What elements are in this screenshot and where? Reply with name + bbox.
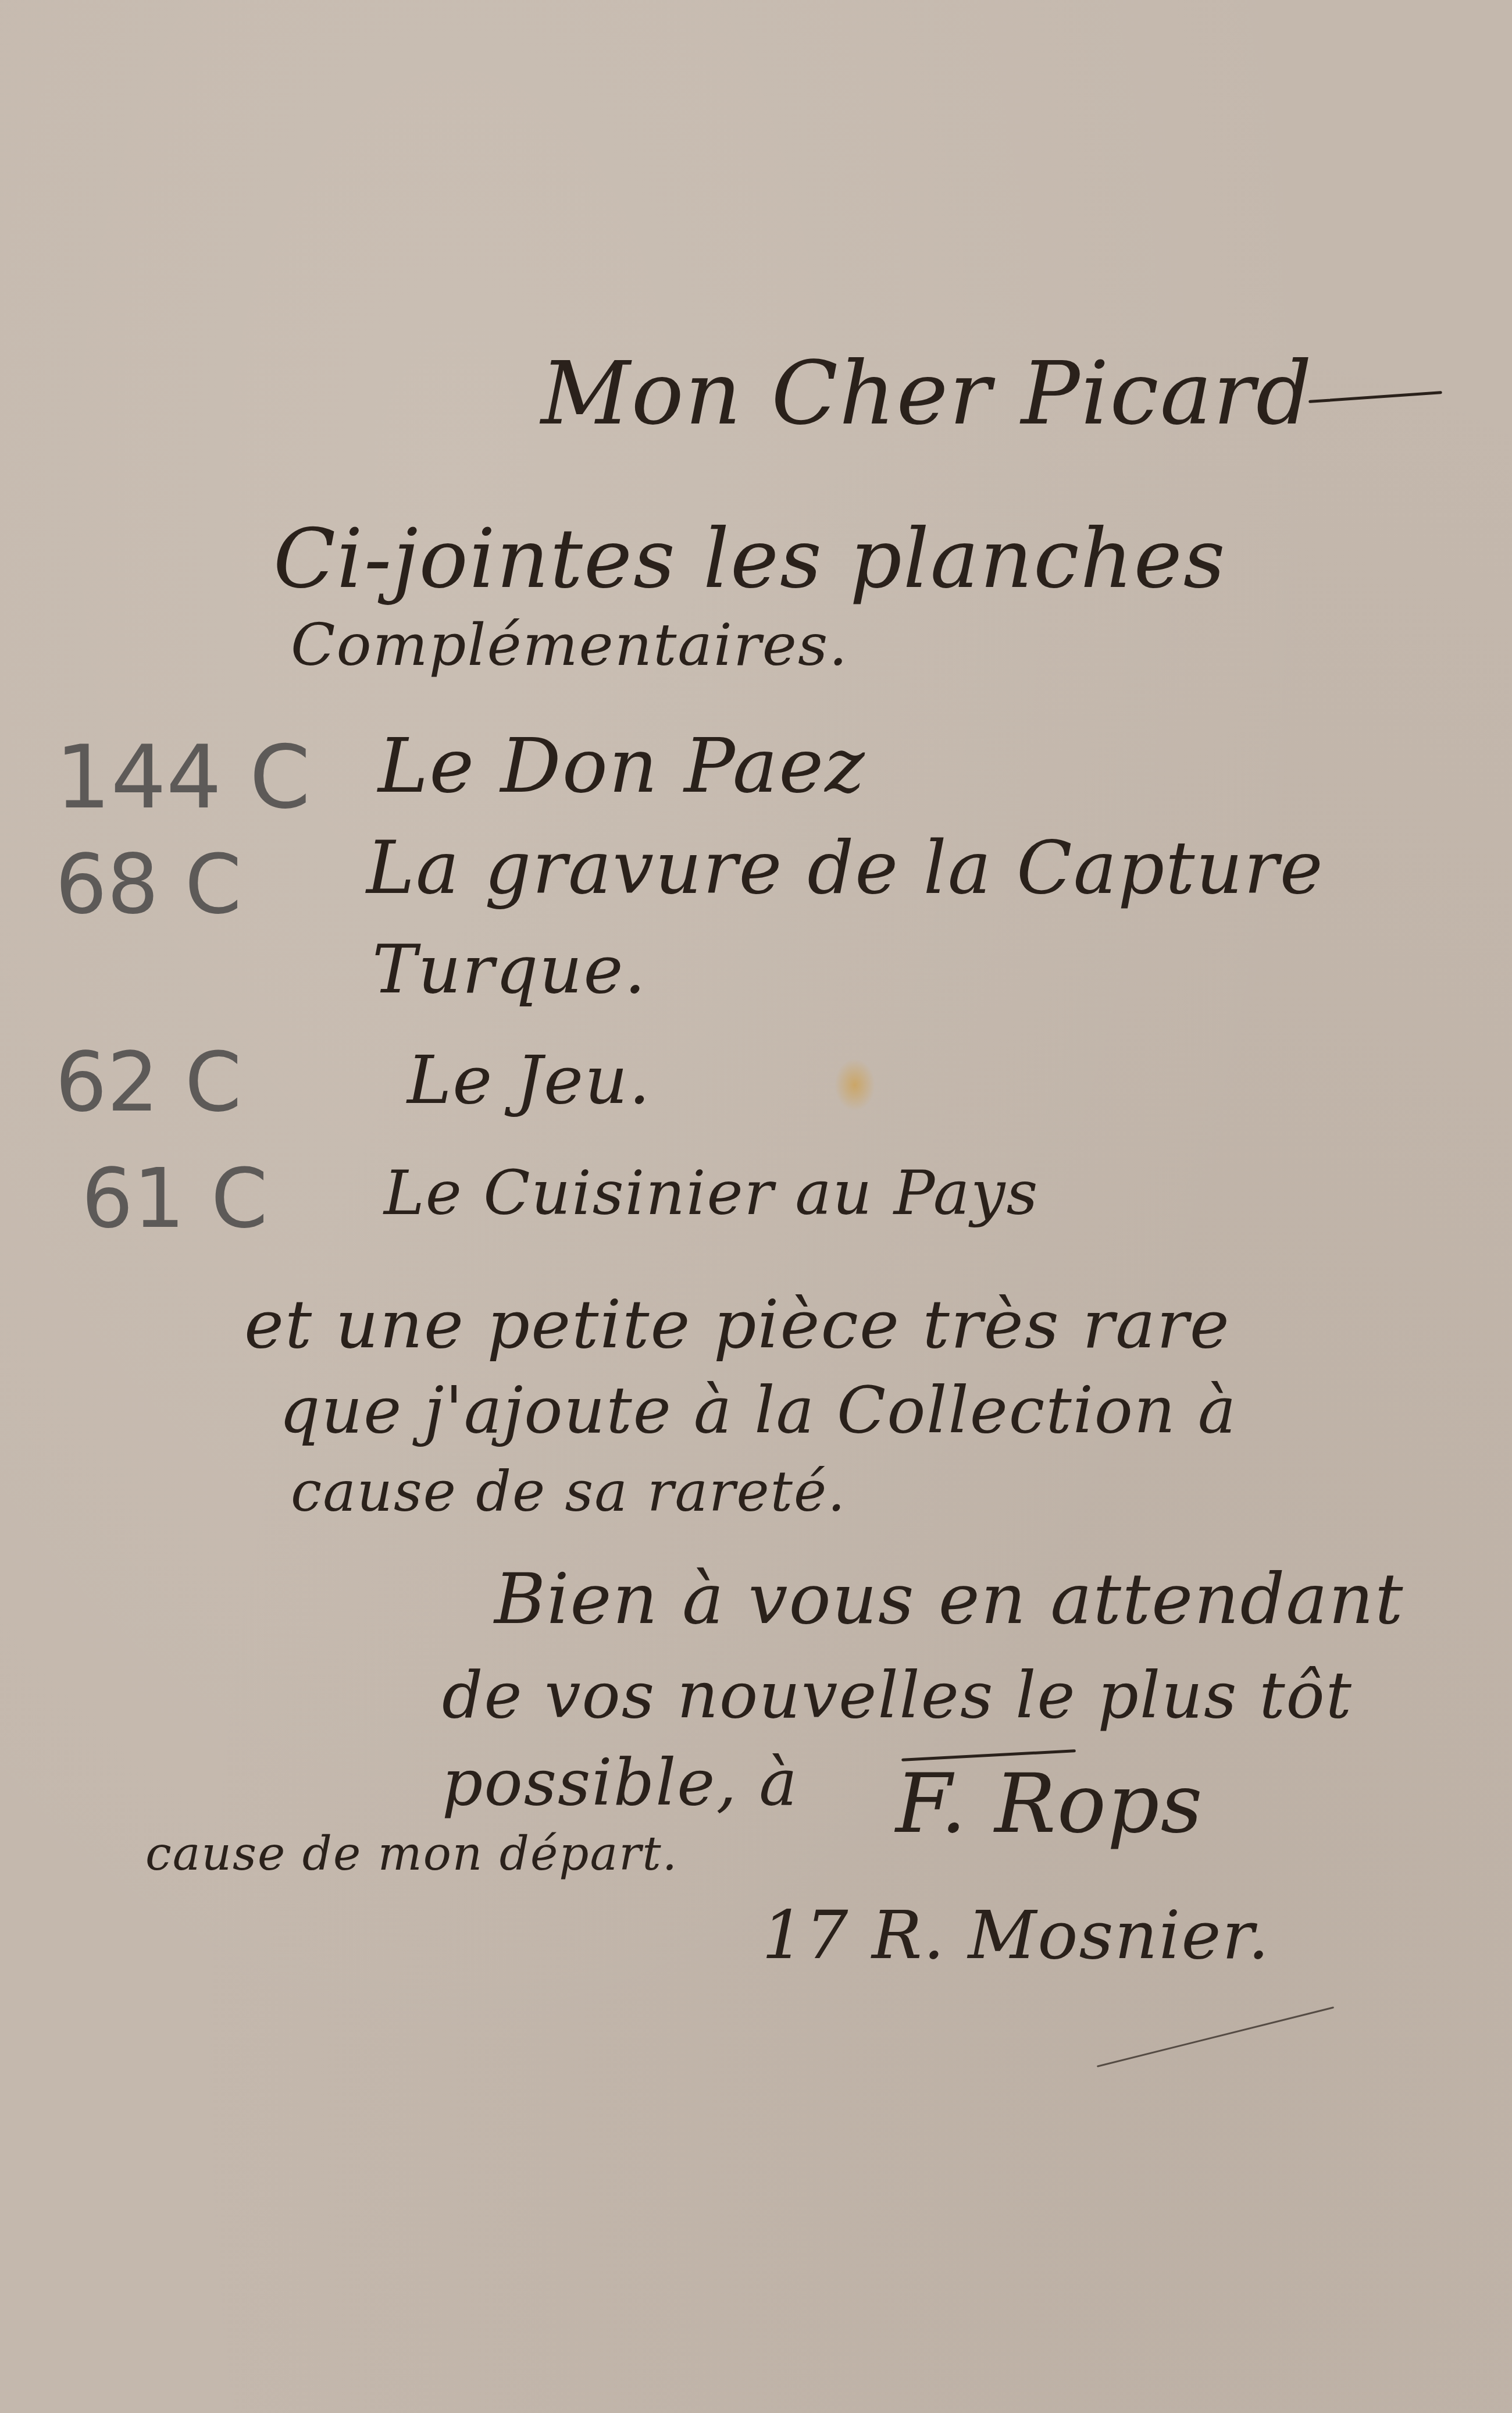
salutation: Mon Cher Picard: [541, 343, 1313, 444]
closing-line-2: de vos nouvelles le plus tôt: [442, 1658, 1353, 1732]
body-line-2: que j'ajoute à la Collection à: [279, 1373, 1237, 1447]
body-line-1: et une petite pièce très rare: [244, 1286, 1231, 1364]
address: 17 R. Mosnier.: [762, 1896, 1270, 1974]
closing-line-4: cause de mon départ.: [145, 1827, 678, 1881]
plate-number: 62 C: [55, 1035, 241, 1130]
plate-title: Le Jeu.: [407, 1041, 651, 1119]
signature: F. Rops: [896, 1757, 1204, 1852]
closing-line-3: possible, à: [442, 1745, 798, 1820]
plate-number: 61 C: [81, 1152, 268, 1247]
plate-number: 68 C: [55, 838, 241, 933]
plate-title: Le Don Paez: [378, 721, 866, 810]
intro-line-1: Ci-jointes les planches: [273, 512, 1226, 607]
closing-line-1: Bien à vous en attendant: [494, 1559, 1404, 1640]
body-line-3: cause de sa rareté.: [291, 1460, 846, 1524]
plate-title: La gravure de la Capture: [366, 826, 1324, 910]
plate-title-continued: Turque.: [372, 931, 647, 1009]
plate-number: 144 C: [55, 727, 311, 828]
paper-stain: [835, 1059, 875, 1111]
intro-line-2: Complémentaires.: [291, 611, 848, 679]
plate-title: Le Cuisinier au Pays: [384, 1158, 1039, 1229]
